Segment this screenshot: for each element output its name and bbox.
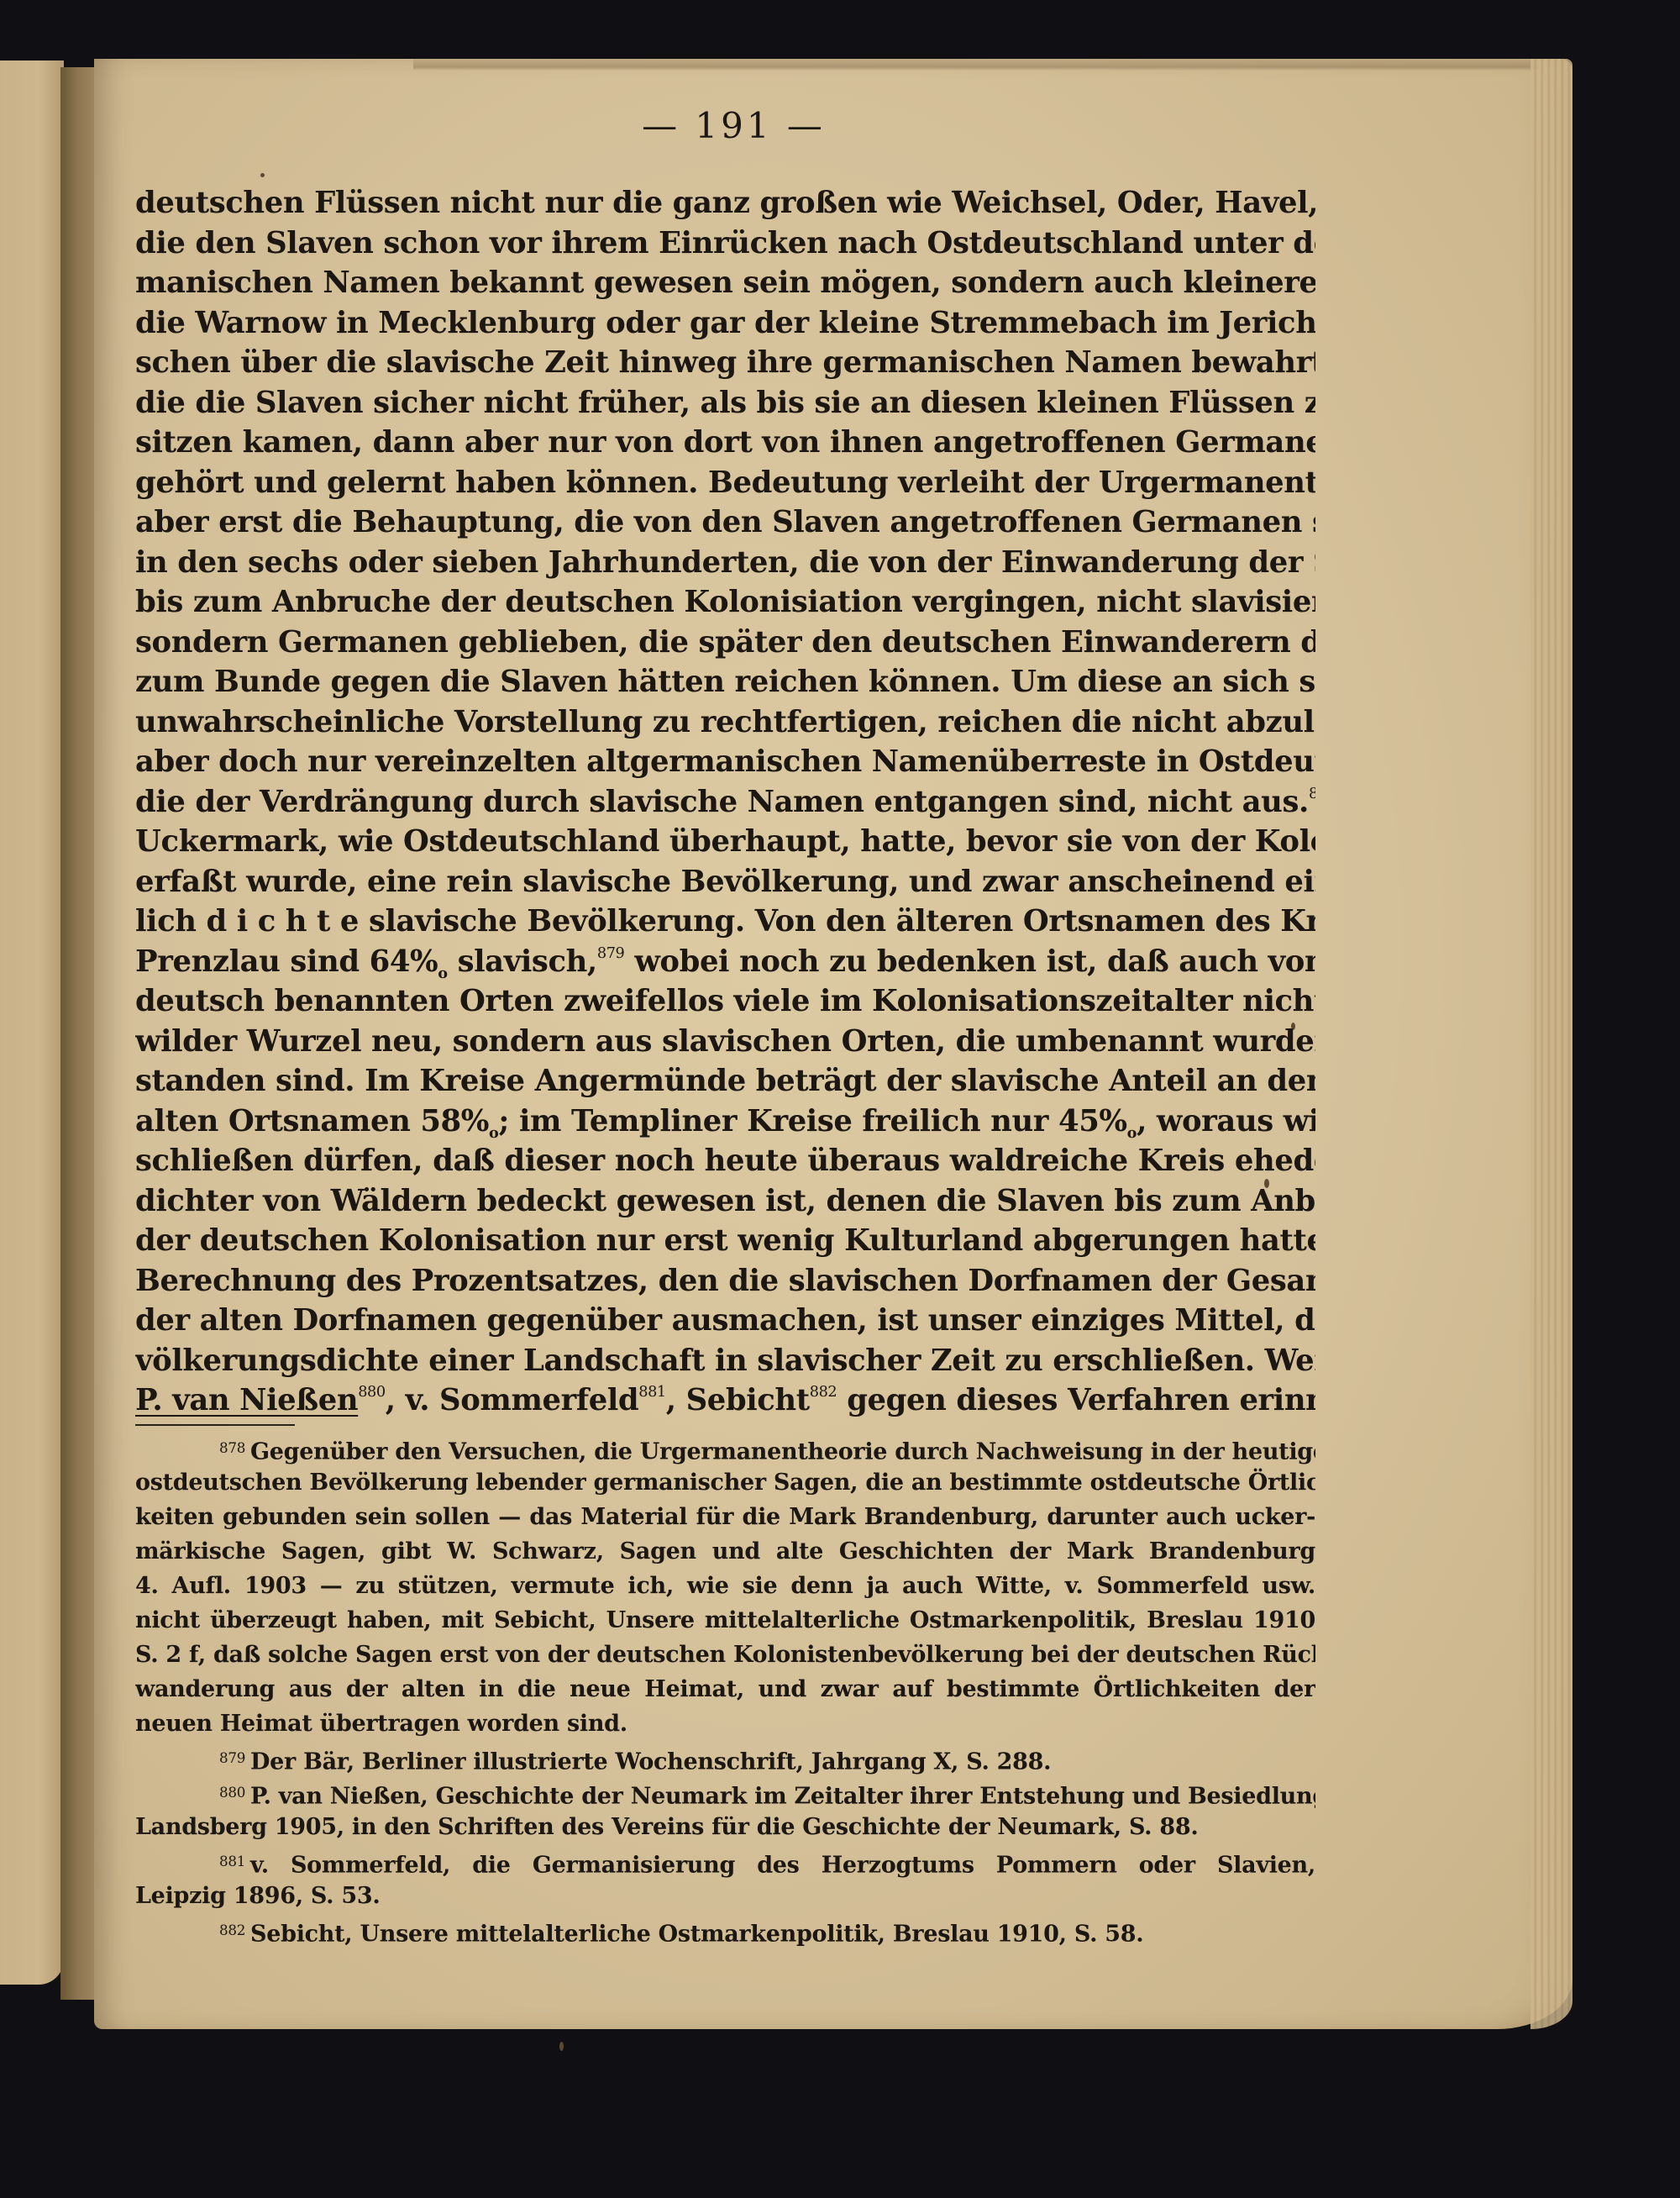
facing-page-edge xyxy=(0,60,64,1985)
footnote-882: 882Sebicht, Unsere mittelalterliche Ostm… xyxy=(135,1913,1315,1948)
footnote-text: Sebicht, Unsere mittelalterliche Ostmark… xyxy=(250,1921,1143,1947)
body-line: standen sind. Im Kreise Angermünde beträ… xyxy=(135,1061,1315,1102)
permille-subscript: o xyxy=(489,1124,498,1141)
footnote-number: 882 xyxy=(219,1922,245,1938)
body-line: aber doch nur vereinzelten altgermanisch… xyxy=(135,742,1315,782)
footnote-line: 879Der Bär, Berliner illustrierte Wochen… xyxy=(135,1741,1315,1775)
line-text: , woraus wir xyxy=(1137,1104,1315,1138)
body-line: lich d i c h t e slavische Bevölkerung. … xyxy=(135,902,1315,942)
footnote-number: 880 xyxy=(219,1784,245,1801)
page-number: — 191 — xyxy=(152,101,1315,151)
line-text: die der Verdrängung durch slavische Name… xyxy=(135,785,1309,819)
footnote-separator xyxy=(135,1424,295,1426)
footnote-text: Der Bär, Berliner illustrierte Wochensch… xyxy=(250,1748,1051,1775)
body-line-with-footnote-refs: P. van Nießen880, v. Sommerfeld881, Sebi… xyxy=(135,1380,1315,1421)
footnote-line: 882Sebicht, Unsere mittelalterliche Ostm… xyxy=(135,1913,1315,1948)
footnote-ref-878[interactable]: 878 xyxy=(1309,786,1315,802)
body-line: die den Slaven schon vor ihrem Einrücken… xyxy=(135,223,1315,264)
page-content: — 191 — deutschen Flüssen nicht nur die … xyxy=(135,101,1315,1948)
line-text: , v. Sommerfeld xyxy=(386,1383,638,1417)
paper-speck xyxy=(559,2042,564,2051)
body-line: der alten Dorfnamen gegenüber ausmachen,… xyxy=(135,1301,1315,1341)
body-line: unwahrscheinliche Vorstellung zu rechtfe… xyxy=(135,702,1315,743)
body-line: alten Ortsnamen 58%o; im Templiner Kreis… xyxy=(135,1102,1315,1142)
footnote-ref-880[interactable]: 880 xyxy=(358,1384,386,1401)
footnotes: 878Gegenüber den Versuchen, die Urgerman… xyxy=(135,1431,1315,1948)
body-line: zum Bunde gegen die Slaven hätten reiche… xyxy=(135,662,1315,702)
footnote-line: keiten gebunden sein sollen — das Materi… xyxy=(135,1500,1315,1534)
footnote-line: 881v. Sommerfeld, die Germanisierung des… xyxy=(135,1844,1315,1879)
footnote-line: ostdeutschen Bevölkerung lebender german… xyxy=(135,1465,1315,1500)
page-fore-edge xyxy=(1530,59,1572,2029)
body-line: dichter von Wäldern bedeckt gewesen ist,… xyxy=(135,1181,1315,1222)
footnote-line: 4. Aufl. 1903 — zu stützen, vermute ich,… xyxy=(135,1569,1315,1603)
body-line: Uckermark, wie Ostdeutschland überhaupt,… xyxy=(135,822,1315,862)
footnote-879: 879Der Bär, Berliner illustrierte Wochen… xyxy=(135,1741,1315,1775)
line-text: P. van Nießen xyxy=(135,1383,358,1417)
body-line: Berechnung des Prozentsatzes, den die sl… xyxy=(135,1261,1315,1301)
body-line: die Warnow in Mecklenburg oder gar der k… xyxy=(135,303,1315,344)
body-line: der deutschen Kolonisation nur erst weni… xyxy=(135,1221,1315,1261)
body-line: gehört und gelernt haben können. Bedeutu… xyxy=(135,463,1315,503)
footnote-line: 878Gegenüber den Versuchen, die Urgerman… xyxy=(135,1431,1315,1465)
body-line-with-footnote-ref: Prenzlau sind 64%o slavisch,879 wobei no… xyxy=(135,942,1315,982)
body-line: manischen Namen bekannt gewesen sein mög… xyxy=(135,263,1315,303)
footnote-line: wanderung aus der alten in die neue Heim… xyxy=(135,1672,1315,1706)
body-line-with-footnote-ref: die der Verdrängung durch slavische Name… xyxy=(135,782,1315,823)
body-line: deutschen Flüssen nicht nur die ganz gro… xyxy=(135,183,1315,223)
footnote-number: 879 xyxy=(219,1749,245,1766)
body-line: völkerungsdichte einer Landschaft in sla… xyxy=(135,1341,1315,1381)
footnote-line: märkische Sagen, gibt W. Schwarz, Sagen … xyxy=(135,1534,1315,1569)
line-text: wobei noch zu bedenken ist, daß auch von… xyxy=(624,944,1315,979)
footnote-line: Landsberg 1905, in den Schriften des Ver… xyxy=(135,1810,1315,1844)
body-text: deutschen Flüssen nicht nur die ganz gro… xyxy=(135,183,1315,1421)
body-line: erfaßt wurde, eine rein slavische Bevölk… xyxy=(135,862,1315,902)
footnote-text: Gegenüber den Versuchen, die Urgermanent… xyxy=(250,1438,1315,1464)
footnote-line: Leipzig 1896, S. 53. xyxy=(135,1879,1315,1913)
permille-subscript: o xyxy=(438,965,447,981)
line-text: gegen dieses Verfahren erinnern, xyxy=(837,1383,1315,1417)
footnote-881: 881v. Sommerfeld, die Germanisierung des… xyxy=(135,1844,1315,1913)
body-line: wilder Wurzel neu, sondern aus slavische… xyxy=(135,1022,1315,1062)
line-text: , Sebicht xyxy=(666,1383,810,1417)
line-text: alten Ortsnamen 58% xyxy=(135,1104,489,1138)
footnote-number: 878 xyxy=(219,1439,245,1456)
page-top-edge xyxy=(413,59,1539,71)
line-text: slavisch, xyxy=(448,944,597,979)
footnote-text: P. van Nießen, Geschichte der Neumark im… xyxy=(250,1783,1315,1809)
body-line: die die Slaven sicher nicht früher, als … xyxy=(135,383,1315,423)
footnote-ref-881[interactable]: 881 xyxy=(638,1384,666,1401)
body-line: deutsch benannten Orten zweifellos viele… xyxy=(135,981,1315,1022)
line-text: Prenzlau sind 64% xyxy=(135,944,438,979)
footnote-878: 878Gegenüber den Versuchen, die Urgerman… xyxy=(135,1431,1315,1741)
footnote-line: nicht überzeugt haben, mit Sebicht, Unse… xyxy=(135,1603,1315,1638)
footnote-880: 880P. van Nießen, Geschichte der Neumark… xyxy=(135,1775,1315,1844)
footnote-number: 881 xyxy=(219,1853,245,1869)
footnote-text: v. Sommerfeld, die Germanisierung des He… xyxy=(250,1852,1315,1878)
body-line: aber erst die Behauptung, die von den Sl… xyxy=(135,502,1315,543)
footnote-line: 880P. van Nießen, Geschichte der Neumark… xyxy=(135,1775,1315,1810)
body-line: in den sechs oder sieben Jahrhunderten, … xyxy=(135,543,1315,583)
body-line: bis zum Anbruche der deutschen Kolonisia… xyxy=(135,582,1315,623)
footnote-line: neuen Heimat übertragen worden sind. xyxy=(135,1706,1315,1741)
footnote-line: S. 2 f, daß solche Sagen erst von der de… xyxy=(135,1638,1315,1672)
body-line: schließen dürfen, daß dieser noch heute … xyxy=(135,1141,1315,1181)
footnote-ref-882[interactable]: 882 xyxy=(810,1384,837,1401)
scan-background: — 191 — deutschen Flüssen nicht nur die … xyxy=(0,0,1680,2198)
line-text: ; im Templiner Kreise freilich nur 45% xyxy=(498,1104,1126,1138)
body-line: schen über die slavische Zeit hinweg ihr… xyxy=(135,343,1315,383)
footnote-ref-879[interactable]: 879 xyxy=(597,945,625,962)
permille-subscript: o xyxy=(1127,1124,1137,1141)
body-line: sondern Germanen geblieben, die später d… xyxy=(135,623,1315,663)
body-line: sitzen kamen, dann aber nur von dort von… xyxy=(135,423,1315,463)
